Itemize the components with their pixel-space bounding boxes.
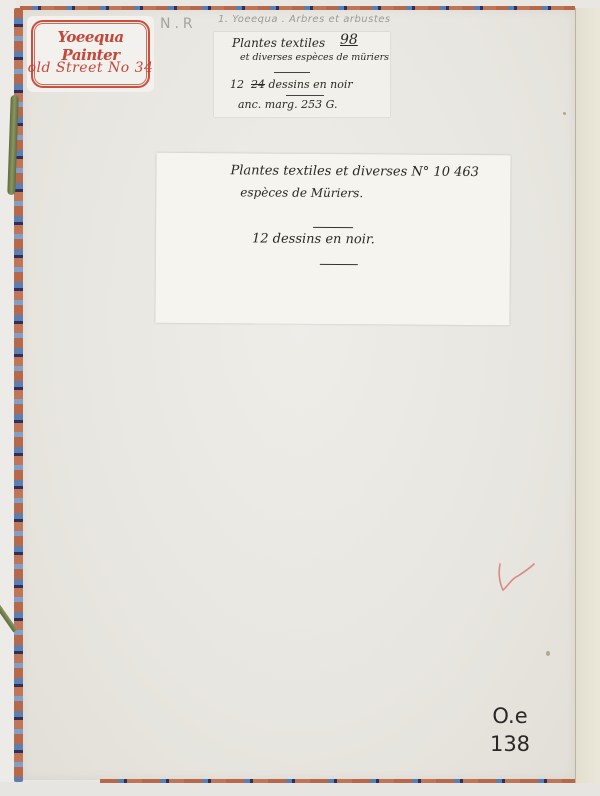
small-label-drawings: dessins en noir bbox=[269, 78, 353, 91]
pencil-nr-note: N.R bbox=[160, 16, 197, 32]
small-label-line-3: 12 24 dessins en noir bbox=[230, 78, 353, 91]
cover-board bbox=[22, 9, 575, 780]
shelfmark-line-2: 138 bbox=[480, 730, 540, 758]
large-label-line-2: espèces de Müriers. bbox=[240, 185, 363, 200]
large-catalog-label: Plantes textiles et diverses N° 10 463 e… bbox=[155, 153, 510, 325]
red-check-mark-icon bbox=[496, 560, 536, 596]
shelfmark-line-1: O.e bbox=[480, 702, 540, 730]
large-label-line-1: Plantes textiles et diverses N° 10 463 bbox=[230, 163, 479, 180]
large-label-rule-2 bbox=[320, 264, 358, 265]
small-label-count: 12 bbox=[230, 78, 244, 91]
flyleaf-edge bbox=[575, 8, 600, 783]
foxing-spot bbox=[546, 651, 550, 656]
small-label-line-1: Plantes textiles bbox=[232, 36, 325, 50]
marbled-bottom-edge bbox=[100, 779, 575, 783]
binder-stamp-label: Yoeequa Painter old Street No 34 bbox=[27, 16, 154, 92]
stamp-line-1: Yoeequa Painter bbox=[27, 28, 154, 64]
shelfmark: O.e 138 bbox=[480, 702, 540, 758]
small-label-line-2: et diverses espèces de müriers bbox=[240, 52, 389, 63]
large-label-rule-1 bbox=[313, 227, 353, 228]
small-label-number: 98 bbox=[340, 32, 358, 48]
foxing-spot bbox=[563, 112, 566, 115]
small-catalog-label: Plantes textiles 98 et diverses espèces … bbox=[214, 32, 390, 117]
small-label-line-4: anc. marg. 253 G. bbox=[238, 98, 337, 111]
small-label-rule-1 bbox=[274, 72, 310, 73]
background-bottom bbox=[0, 782, 600, 796]
small-label-count-struck: 24 bbox=[251, 78, 265, 91]
marbled-top-edge bbox=[20, 6, 575, 10]
large-label-line-3: 12 dessins en noir. bbox=[252, 231, 375, 247]
stamp-line-2: old Street No 34 bbox=[27, 60, 154, 76]
small-label-rule-2 bbox=[286, 95, 324, 96]
pencil-title-note: 1. Yoeequa . Arbres et arbustes bbox=[218, 14, 391, 25]
